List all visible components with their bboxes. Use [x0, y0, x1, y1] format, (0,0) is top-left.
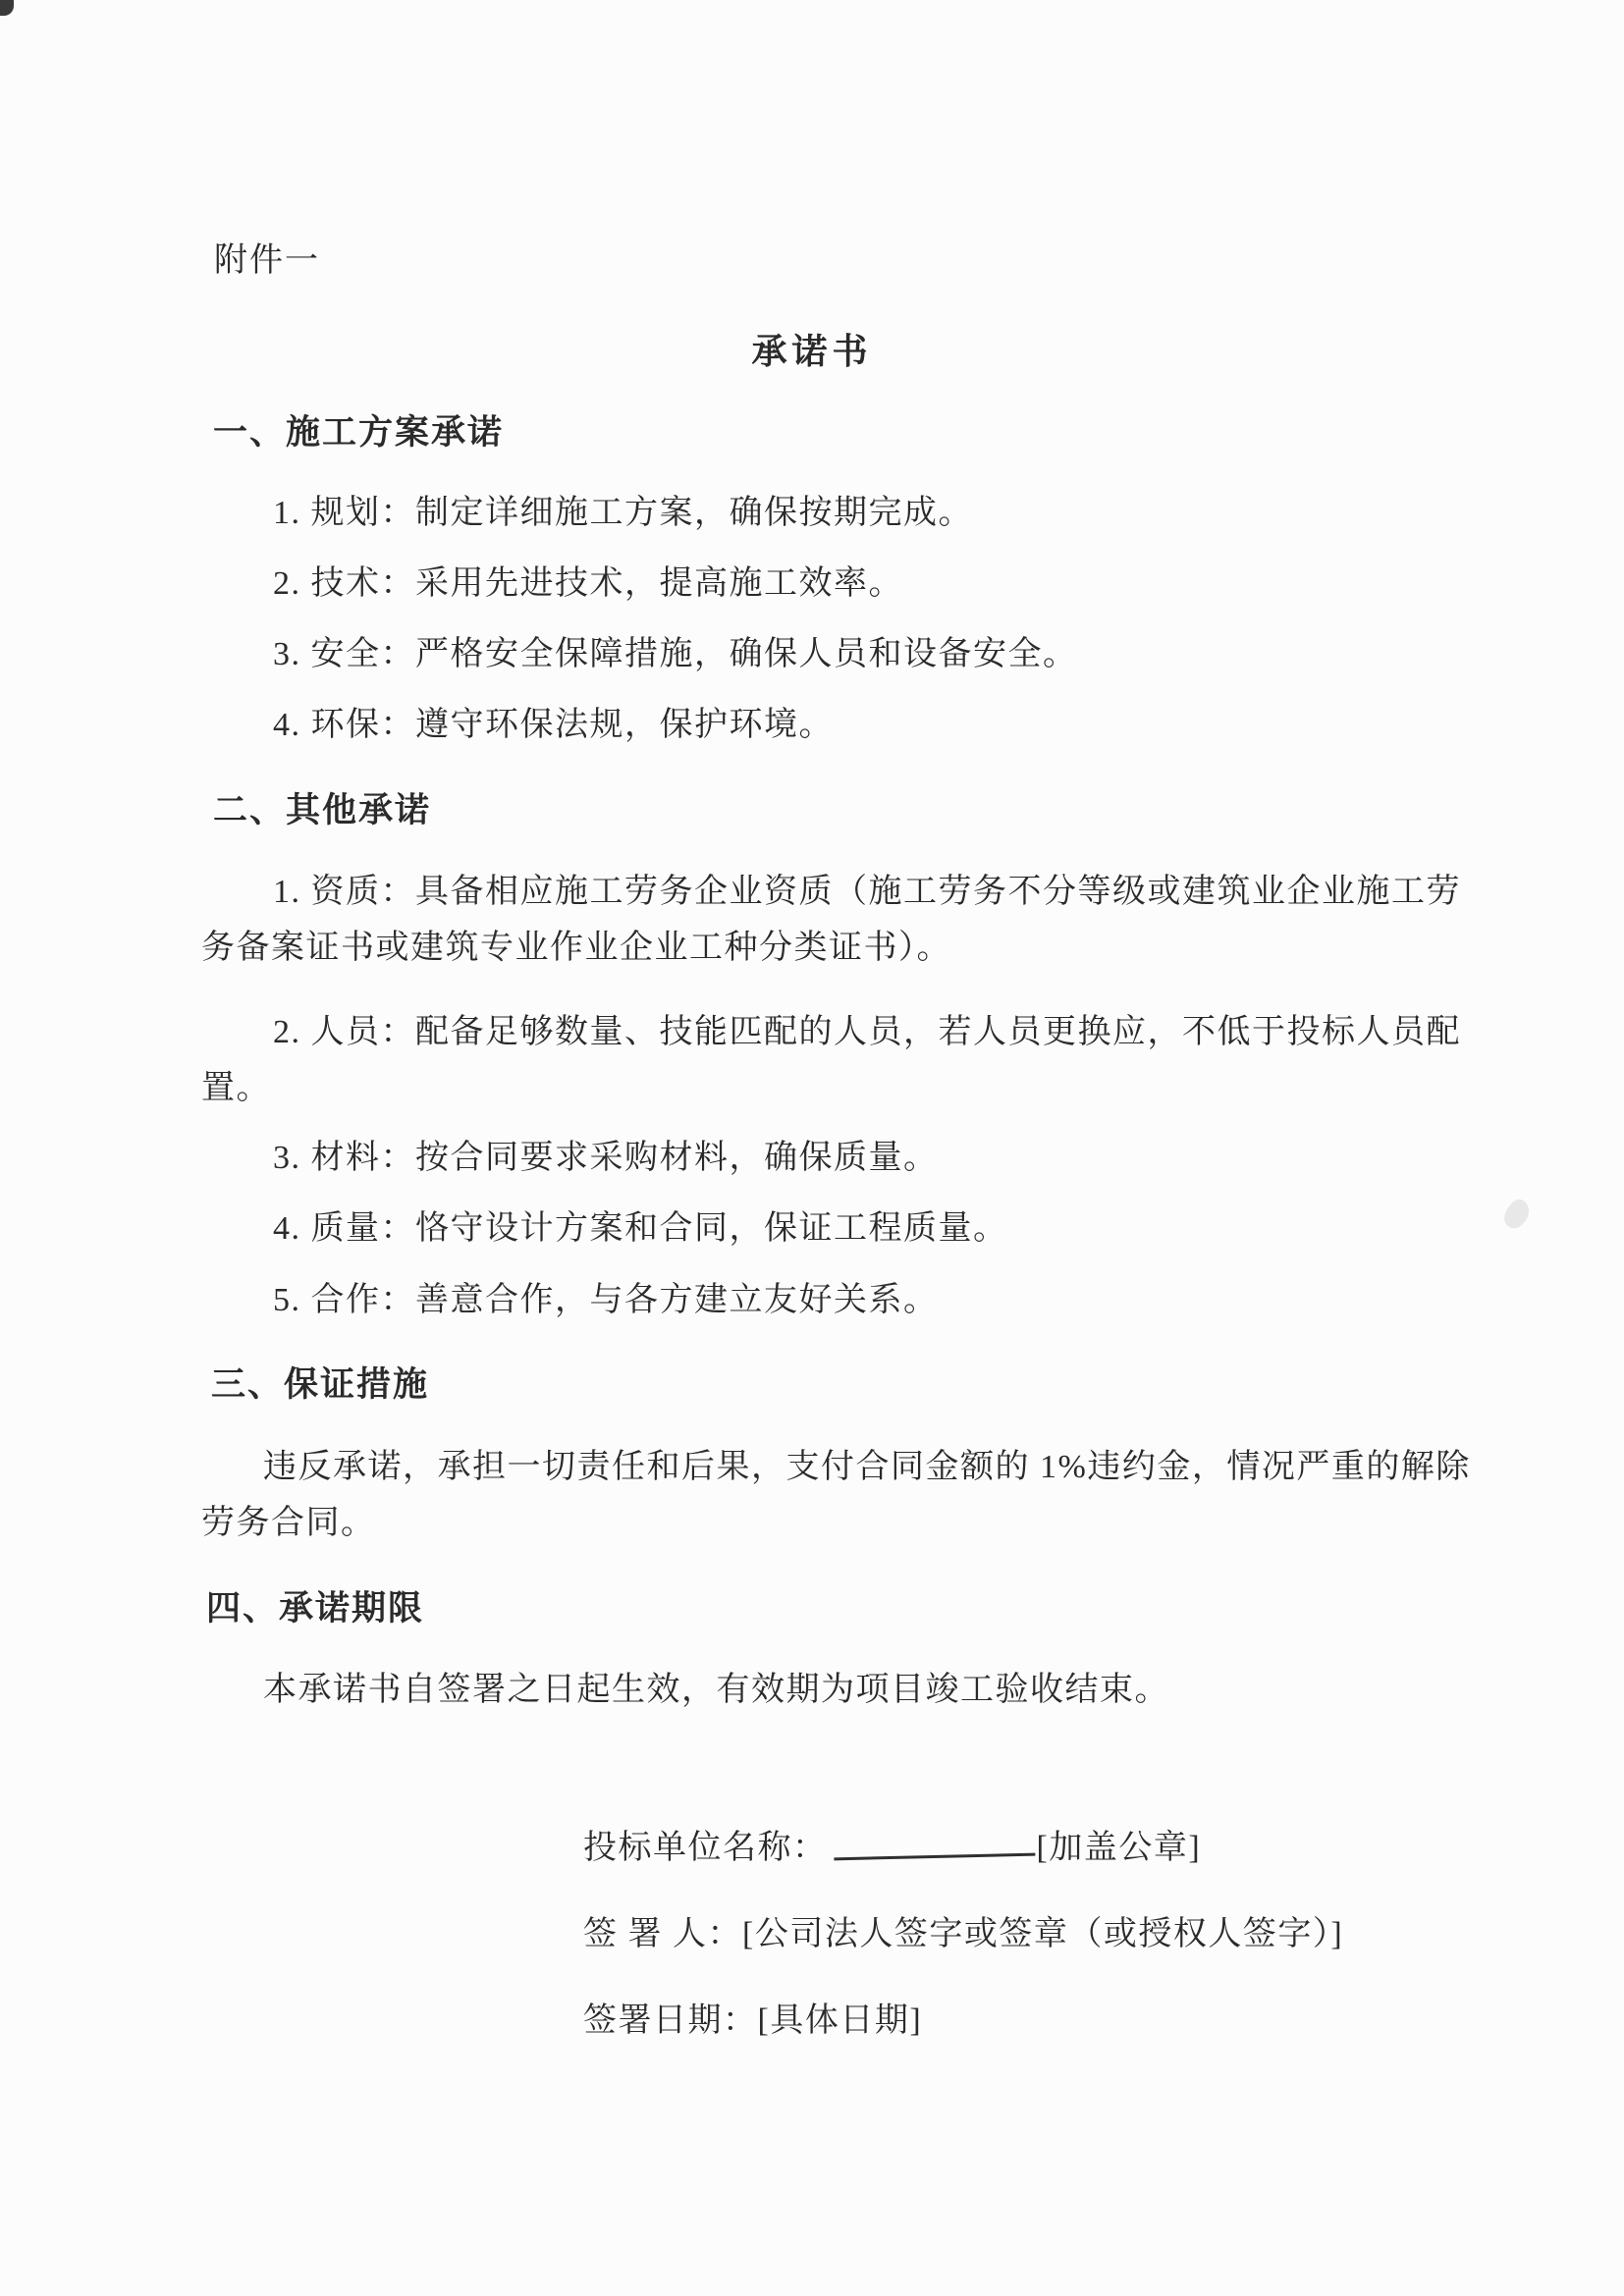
- signature-date-row: 签署日期：[具体日期]: [583, 1993, 922, 2041]
- date-label: 签署日期：: [583, 2002, 758, 2039]
- section-1-item-4: 4. 环保：遵守环保法规，保护环境。: [273, 706, 834, 746]
- scan-artifact-corner: [0, 0, 14, 16]
- section-1-heading: 一、施工方案承诺: [213, 412, 504, 454]
- signer-label: 签 署 人：: [583, 1916, 742, 1952]
- section-4-heading: 四、承诺期限: [206, 1588, 424, 1629]
- section-2-item-2-line-2: 置。: [201, 1069, 271, 1109]
- company-name-label: 投标单位名称：: [583, 1830, 828, 1866]
- section-3-para-line-2: 劳务合同。: [201, 1504, 376, 1544]
- section-2-item-2-line-1: 2. 人员：配备足够数量、技能匹配的人员，若人员更换应，不低于投标人员配: [273, 1013, 1461, 1053]
- document-page: 附件一 承诺书 一、施工方案承诺 1. 规划：制定详细施工方案，确保按期完成。 …: [0, 0, 1624, 2296]
- section-2-item-1-line-2: 务备案证书或建筑专业作业企业工种分类证书）。: [201, 929, 951, 969]
- section-3-para-line-1: 违反承诺，承担一切责任和后果，支付合同金额的 1%违约金，情况严重的解除: [263, 1448, 1471, 1488]
- attachment-label: 附件一: [214, 241, 320, 282]
- section-4-para: 本承诺书自签署之日起生效，有效期为项目竣工验收结束。: [263, 1671, 1169, 1711]
- company-name-blank: [833, 1818, 1035, 1860]
- section-2-item-4: 4. 质量：恪守设计方案和合同，保证工程质量。: [273, 1209, 1008, 1250]
- signature-signer-row: 签 署 人：[公司法人签字或签章（或授权人签字）]: [583, 1906, 1343, 1954]
- scan-artifact-smudge: [1499, 1196, 1534, 1232]
- section-3-heading: 三、保证措施: [211, 1364, 429, 1406]
- section-1-item-3: 3. 安全：严格安全保障措施，确保人员和设备安全。: [273, 635, 1078, 675]
- section-2-item-1-line-1: 1. 资质：具备相应施工劳务企业资质（施工劳务不分等级或建筑业企业施工劳: [273, 873, 1461, 913]
- section-2-item-5: 5. 合作：善意合作，与各方建立友好关系。: [273, 1281, 939, 1321]
- page-title: 承诺书: [0, 324, 1624, 374]
- company-stamp-note: [加盖公章]: [1037, 1830, 1202, 1866]
- section-2-heading: 二、其他承诺: [213, 790, 431, 831]
- date-value: [具体日期]: [758, 2002, 923, 2039]
- section-1-item-2: 2. 技术：采用先进技术，提高施工效率。: [273, 564, 903, 605]
- section-2-item-3: 3. 材料：按合同要求采购材料，确保质量。: [273, 1139, 939, 1179]
- section-1-item-1: 1. 规划：制定详细施工方案，确保按期完成。: [273, 494, 973, 534]
- signature-company-row: 投标单位名称：[加盖公章]: [583, 1820, 1201, 1868]
- signer-value: [公司法人签字或签章（或授权人签字）]: [742, 1916, 1343, 1952]
